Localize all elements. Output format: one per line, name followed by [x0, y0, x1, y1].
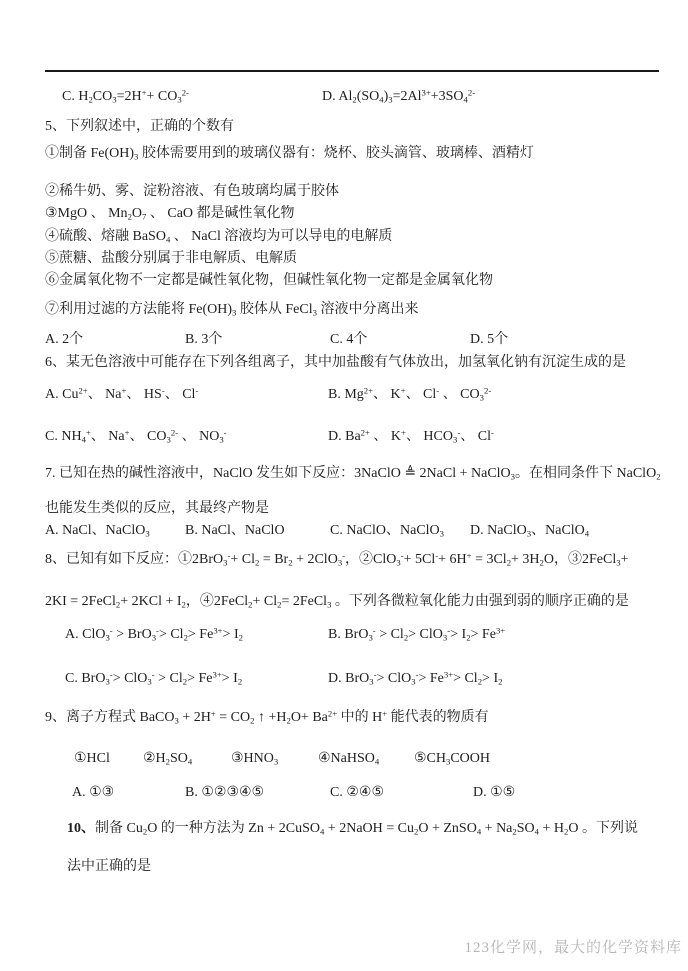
question-5-statement-6: ⑥金属氧化物不一定都是碱性氧化物，但碱性氧化物一定都是金属氧化物: [45, 270, 662, 291]
option-d: D. 5个: [470, 329, 662, 350]
option-c: C. NaClO、NaClO3: [330, 520, 470, 541]
question-5-statement-3: ③MgO 、 Mn2O7 、 CaO 都是碱性氧化物: [45, 203, 662, 224]
option-b: B. BrO3- > Cl2> ClO3-> I2> Fe3+: [328, 624, 662, 645]
option-a: A. 2个: [45, 329, 185, 350]
option-c: C. ②④⑤: [330, 782, 473, 803]
substance-5: ⑤CH3COOH: [414, 748, 662, 769]
question-6-options-row-2: C. NH4+、 Na+、 CO32- 、 NO3- D. Ba2+ 、 K+、…: [45, 426, 662, 447]
option-a: A. ①③: [72, 782, 185, 803]
question-5-options-row: A. 2个 B. 3个 C. 4个 D. 5个: [45, 329, 662, 350]
question-9-title: 9、离子方程式 BaCO3 + 2H+ = CO2 ↑ +H2O+ Ba2+ 中…: [45, 707, 662, 728]
substance-4: ④NaHSO4: [318, 748, 414, 769]
question-8-options-row-1: A. ClO3- > BrO3-> Cl2> Fe3+> I2 B. BrO3-…: [45, 624, 662, 645]
option-b: B. Mg2+、 K+、 Cl- 、 CO32-: [328, 384, 662, 405]
question-10-number: 10、: [67, 821, 95, 836]
option-b: B. NaCl、NaClO: [185, 520, 330, 541]
question-9-options-row: A. ①③ B. ①②③④⑤ C. ②④⑤ D. ①⑤: [45, 782, 662, 803]
question-9-substances-row: ①HCl ②H2SO4 ③HNO3 ④NaHSO4 ⑤CH3COOH: [45, 748, 662, 769]
question-8-options-row-2: C. BrO3-> ClO3- > Cl2> Fe3+> I2 D. BrO3-…: [45, 668, 662, 689]
option-b: B. 3个: [185, 329, 330, 350]
question-6-title: 6、某无色溶液中可能存在下列各组离子，其中加盐酸有气体放出，加氢氧化钠有沉淀生成…: [45, 352, 662, 373]
option-b: B. ①②③④⑤: [185, 782, 330, 803]
question-7-options-row: A. NaCl、NaClO3 B. NaCl、NaClO C. NaClO、Na…: [45, 520, 662, 541]
question-5-title: 5、下列叙述中，正确的个数有: [45, 116, 662, 137]
substance-1: ①HCl: [74, 748, 143, 769]
substance-2: ②H2SO4: [143, 748, 231, 769]
option-a: A. NaCl、NaClO3: [45, 520, 185, 541]
exam-page: C. H2CO3=2H++ CO32- D. Al2(SO4)3=2Al3++3…: [0, 0, 688, 971]
question-8-line-2: 2KI = 2FeCl2+ 2KCl + I2，④2FeCl2+ Cl2= 2F…: [45, 591, 662, 612]
option-c: C. BrO3-> ClO3- > Cl2> Fe3+> I2: [65, 668, 328, 689]
question-8-line-1: 8、已知有如下反应：①2BrO3-+ Cl2 = Br2 + 2ClO3-，②C…: [45, 549, 662, 570]
option-a: A. ClO3- > BrO3-> Cl2> Fe3+> I2: [65, 624, 328, 645]
watermark: 123化学网，最大的化学资料库: [464, 936, 682, 957]
option-d: D. NaClO3、NaClO4: [470, 520, 662, 541]
question-6-options-row-1: A. Cu2+、 Na+、 HS-、 Cl- B. Mg2+、 K+、 Cl- …: [45, 384, 662, 405]
question-5-statement-2: ②稀牛奶、雾、淀粉溶液、有色玻璃均属于胶体: [45, 181, 662, 202]
prev-question-options-row: C. H2CO3=2H++ CO32- D. Al2(SO4)3=2Al3++3…: [45, 86, 662, 107]
question-7-line-2: 也能发生类似的反应，其最终产物是: [45, 498, 662, 519]
option-d: D. ①⑤: [473, 782, 662, 803]
question-5-statement-7: ⑦利用过滤的方法能将 Fe(OH)3 胶体从 FeCl3 溶液中分离出来: [45, 299, 662, 320]
option-c: C. H2CO3=2H++ CO32-: [62, 86, 322, 107]
question-10-line-1: 10、制备 Cu2O 的一种方法为 Zn + 2CuSO4 + 2NaOH = …: [45, 818, 662, 839]
option-d: D. Al2(SO4)3=2Al3++3SO42-: [322, 86, 662, 107]
question-7-line-1: 7. 已知在热的碱性溶液中，NaClO 发生如下反应：3NaClO ≜ 2NaC…: [45, 463, 662, 484]
option-c: C. NH4+、 Na+、 CO32- 、 NO3-: [45, 426, 328, 447]
question-10-text: 制备 Cu2O 的一种方法为 Zn + 2CuSO4 + 2NaOH = Cu2…: [95, 821, 638, 836]
top-rule: [45, 70, 659, 72]
question-5-statement-1: ①制备 Fe(OH)3 胶体需要用到的玻璃仪器有：烧杯、胶头滴管、玻璃棒、酒精灯: [45, 143, 662, 164]
substance-3: ③HNO3: [231, 748, 318, 769]
option-a: A. Cu2+、 Na+、 HS-、 Cl-: [45, 384, 328, 405]
option-d: D. BrO3-> ClO3-> Fe3+> Cl2> I2: [328, 668, 662, 689]
question-5-statement-4: ④硫酸、熔融 BaSO4 、 NaCl 溶液均为可以导电的电解质: [45, 226, 662, 247]
option-d: D. Ba2+ 、 K+、 HCO3-、 Cl-: [328, 426, 662, 447]
question-10-line-2: 法中正确的是: [45, 856, 662, 877]
option-c: C. 4个: [330, 329, 470, 350]
question-5-statement-5: ⑤蔗糖、盐酸分别属于非电解质、电解质: [45, 248, 662, 269]
